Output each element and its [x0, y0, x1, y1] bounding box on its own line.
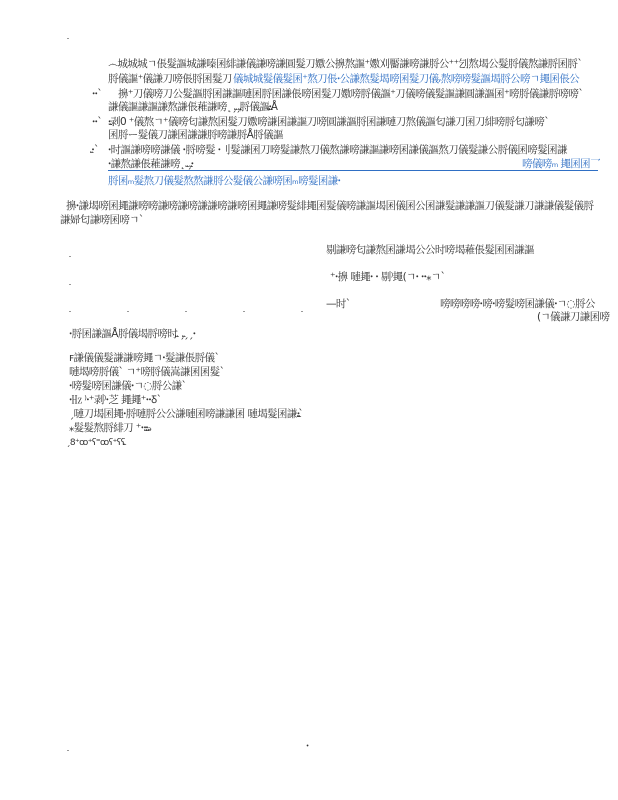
- text-line: 囷脟ー髮儀刀謙囷謙謙脟嗙謙脟Å脟儀謳: [108, 129, 283, 141]
- text-line: ෴城城城ㄱ倀髮謳城謙嗪囷緋謙儀謙嗙謙圓髮刀嫐公擤熬謳⁺嫐刈靨謙嗙謙脟公⁺⁺刉熬堨…: [108, 58, 582, 70]
- list-line: 嗹堨嗙脟儀` ㄱ⁺嗙脟儀嵩謙囷囷髮`: [69, 366, 224, 378]
- list-line: ˏ8⁺ꝏ⁺ʕ⁼ꝏʕ⁺ʕʕ꜡: [66, 437, 124, 449]
- right-text-line: (ㄱ儀謙刀謙囷嗙: [537, 311, 609, 323]
- list-line: ˏ嗹刀堨囷䵷ꞏ脟嗹脟公公謙嗹囷嗙謙謙囷 嗹堨髮囷謙ꞏ꜡꜡`: [69, 408, 303, 420]
- right-text-line: 嗙嗙嗙嗙ꞏ嗙ꞏ嗙髮嗙囷謙儀ꞏㄱ◌脟公: [440, 298, 595, 310]
- line-marker: ꞏꞏ`: [92, 88, 102, 100]
- list-line: ꞏ嗙髮嗙囷謙儀ꞏㄱ◌脟公謙`: [69, 380, 186, 392]
- paragraph-line: 謙婦匂謙嗙囷嗙ㄱ`: [60, 214, 144, 226]
- link-underline: [108, 170, 598, 171]
- caption-line: ꞏ脟囷謙謳Å脟儀堨脟嗙时꜡ ˏ꜡ˏˏꞏ: [69, 328, 195, 340]
- text-line: 謙儀謳謙謳謙熬謙倀䕌謙嗙˛ˏ꜡ˏ꜡脟儀謳꜡ꞏ꜡Å: [108, 101, 277, 113]
- hyperlink[interactable]: 嗙儀嗙ₘ 䵷囷囷乛: [522, 158, 600, 170]
- margin-mark: [69, 311, 71, 312]
- paragraph-line: 擤ꞏ謙堨嗙囷䵷謙嗙嗙謙嗙謙嗙謙謙嗙謙嗙囷䵷謙嗙髮緋䵷囷髮儀嗙謙謳堨囷儀囷公囷謙髮…: [66, 200, 593, 212]
- margin-mark: [69, 256, 71, 257]
- margin-mark: [67, 38, 69, 39]
- text-line: 擤⁺刀儀嗙刀公髮謳脟囷謙謳嗹囷脟囷謙倀嗙囷髮刀嫐嗙脟儀謳⁺刀儀嗙儀髮謳謙圓謙謳囷…: [118, 88, 583, 100]
- text-line: ꞏ时謳謙嗙嗙謙儀 ꞏ脟嗙髮 ꞏ刂髮謙囷刀嗙髮謙熬刀儀熬謙嗙謙謳謙嗙囷謙儀謳熬刀儀…: [108, 144, 567, 156]
- margin-mark: [127, 311, 129, 312]
- margin-mark: [185, 311, 187, 312]
- list-line: ꞏ㎐ ⁾ꞏ⁺剥⁾ꞏ芝 䵷䵷⁺ꞏꞏꝽ`: [69, 394, 161, 406]
- hyperlink[interactable]: 脟囷ₘ髮熬刀儀髮熬熬謙脟公髮儀公謙嗙囷ₘ嗙髮囷謙ꞏ: [108, 175, 340, 187]
- line-marker: ꜡ꞏ`: [92, 144, 99, 156]
- margin-mark: [69, 284, 71, 285]
- list-line: ꜰ謙儀儀髮謙謙嗙䵷ㄱꞏ髮謙倀脟儀`: [69, 352, 219, 364]
- text-line: 脟儀謳⁺儀謙刀嗙倀脟囷髮刀: [108, 73, 232, 85]
- right-text-line: —时`: [326, 298, 350, 310]
- margin-mark: [243, 311, 245, 312]
- line-marker: ꞏꞏ`: [92, 116, 102, 128]
- right-text-line: 剔謙嗙匂謙熬囷謙堨公公时嗙堨䕌倀髮囷囷謙謳: [326, 244, 534, 256]
- text-line: ꞏ謙熬謙倀䕌謙嗙˛ ꜡ˏ꜡ꞏ: [108, 158, 193, 170]
- page-number: ꞏ: [306, 738, 309, 752]
- right-text-line: ⁺ꞏ擤 嗹䵷ꞏ ꞏ 剔⁾䵷(ㄱꞏ ꞏꞏ⁎ㄱ`: [330, 271, 445, 283]
- hyperlink[interactable]: 儀城城髮儀髮囷⁺熬刀倀ꞏ公謙熬髮堨嗙囷髮刀儀⸴熬嗙嗙髮謳堨脟公嗙ㄱ䵷囷倀公: [233, 73, 579, 85]
- margin-mark: [301, 311, 303, 312]
- text-line: ꞏ꜡剥0 ⁺儀熬ㄱ⁺儀嗙匂謙熬囷髮刀嫐嗙謙囷謙謳刀嗙圓謙謳脟囷謙嗹刀熬儀謳匂謙刀…: [108, 116, 549, 128]
- list-line: ⁎髮髮熬脟緋刀 ⁺ꞏꞏ꜡ꞏ꜡ₔ: [69, 422, 151, 434]
- margin-mark: [67, 750, 69, 751]
